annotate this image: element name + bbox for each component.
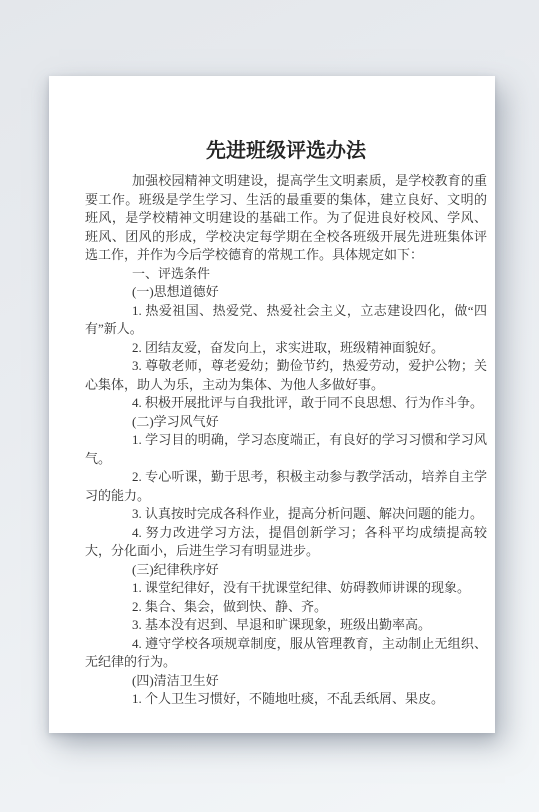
subsection-heading-1: (一)思想道德好	[85, 283, 487, 302]
criteria-item: 4. 遵守学校各项规章制度，服从管理教育，主动制止无组织、无纪律的行为。	[85, 635, 487, 672]
criteria-item: 2. 集合、集会，做到快、静、齐。	[85, 598, 487, 617]
criteria-item: 1. 个人卫生习惯好，不随地吐痰，不乱丢纸屑、果皮。	[85, 690, 487, 709]
criteria-item: 3. 尊敬老师，尊老爱幼；勤俭节约，热爱劳动，爱护公物；关心集体，助人为乐，主动…	[85, 357, 487, 394]
intro-paragraph: 加强校园精神文明建设，提高学生文明素质，是学校教育的重要工作。班级是学生学习、生…	[85, 172, 487, 265]
criteria-item: 3. 认真按时完成各科作业，提高分析问题、解决问题的能力。	[85, 505, 487, 524]
criteria-item: 2. 团结友爱，奋发向上，求实进取，班级精神面貌好。	[85, 339, 487, 358]
section-heading: 一、评选条件	[85, 265, 487, 284]
criteria-item: 1. 热爱祖国、热爱党、热爱社会主义，立志建设四化，做“四有”新人。	[85, 302, 487, 339]
subsection-heading-3: (三)纪律秩序好	[85, 561, 487, 580]
subsection-heading-4: (四)清洁卫生好	[85, 672, 487, 691]
document-page: 先进班级评选办法 加强校园精神文明建设，提高学生文明素质，是学校教育的重要工作。…	[49, 76, 495, 733]
criteria-item: 4. 努力改进学习方法，提倡创新学习；各科平均成绩提高较大，分化面小，后进生学习…	[85, 524, 487, 561]
criteria-item: 1. 课堂纪律好，没有干扰课堂纪律、妨碍教师讲课的现象。	[85, 579, 487, 598]
criteria-item: 4. 积极开展批评与自我批评，敢于同不良思想、行为作斗争。	[85, 394, 487, 413]
criteria-item: 3. 基本没有迟到、早退和旷课现象，班级出勤率高。	[85, 616, 487, 635]
subsection-heading-2: (二)学习风气好	[85, 413, 487, 432]
criteria-item: 1. 学习目的明确，学习态度端正，有良好的学习习惯和学习风气。	[85, 431, 487, 468]
criteria-item: 2. 专心听课，勤于思考，积极主动参与教学活动，培养自主学习的能力。	[85, 468, 487, 505]
document-title: 先进班级评选办法	[85, 140, 487, 163]
